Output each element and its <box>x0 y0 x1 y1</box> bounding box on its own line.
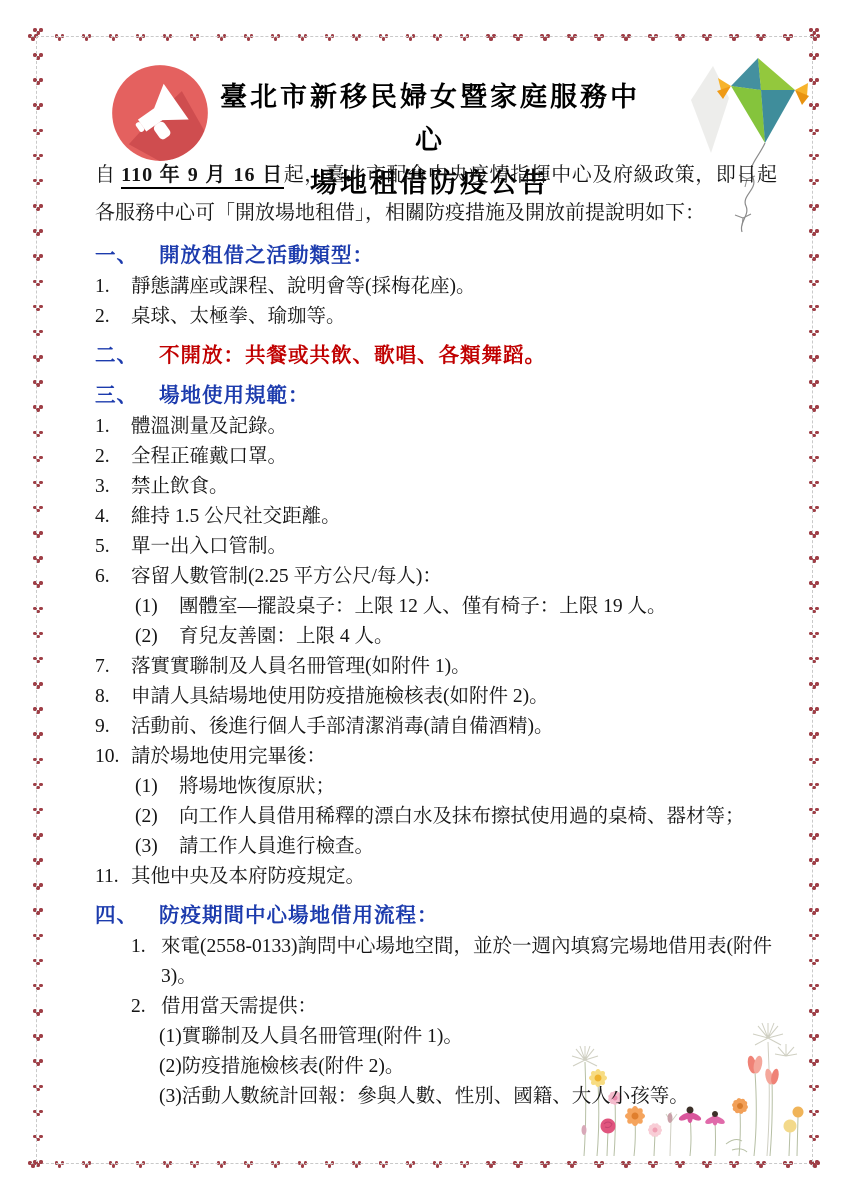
trefoil-glyph <box>463 37 467 41</box>
trefoil-glyph <box>812 358 816 362</box>
trefoil-glyph <box>812 333 816 337</box>
item-number: 1. <box>131 932 161 992</box>
trefoil-glyph <box>36 1163 40 1167</box>
trefoil-glyph <box>193 37 197 41</box>
trefoil-glyph <box>812 1088 816 1092</box>
trefoil-glyph <box>247 37 251 41</box>
trefoil-glyph <box>812 987 816 991</box>
trefoil-glyph <box>36 308 40 312</box>
list-item: 1.靜態講座或課程、說明會等(採梅花座)。 <box>95 272 777 302</box>
trefoil-glyph <box>436 1164 440 1168</box>
item-number: (3) <box>159 1082 182 1112</box>
trefoil-glyph <box>36 811 40 815</box>
item-number: (2) <box>135 622 179 652</box>
trefoil-glyph <box>624 1164 628 1168</box>
trefoil-glyph <box>36 484 40 488</box>
trefoil-glyph <box>678 37 682 41</box>
item-number: 2. <box>95 302 131 332</box>
section: 一、開放租借之活動類型：1.靜態講座或課程、說明會等(採梅花座)。2.桌球、太極… <box>95 240 777 332</box>
trefoil-glyph <box>812 1138 816 1142</box>
trefoil-glyph <box>624 37 628 41</box>
trefoil-glyph <box>812 635 816 639</box>
trefoil-glyph <box>301 37 305 41</box>
trefoil-glyph <box>36 1113 40 1117</box>
trefoil-glyph <box>812 31 816 35</box>
trefoil-glyph <box>36 786 40 790</box>
trefoil-glyph <box>812 660 816 664</box>
trefoil-glyph <box>812 1163 816 1167</box>
trefoil-glyph <box>36 1012 40 1016</box>
section: 二、不開放：共餐或共飲、歌唱、各類舞蹈。 <box>95 340 777 372</box>
item-text: 借用當天需提供： <box>161 992 777 1022</box>
trefoil-glyph <box>36 610 40 614</box>
list-item: 11.其他中央及本府防疫規定。 <box>95 862 777 892</box>
list-item: (2)防疫措施檢核表(附件 2)。 <box>95 1052 777 1082</box>
section-title: 場地使用規範： <box>159 385 310 407</box>
document-body: 自 110 年 9 月 16 日起，臺北市配合中央疫情指揮中心及府級政策，即日起… <box>95 156 777 1112</box>
trefoil-glyph <box>36 358 40 362</box>
trefoil-glyph <box>36 886 40 890</box>
trefoil-glyph <box>651 37 655 41</box>
trefoil-glyph <box>812 962 816 966</box>
trefoil-glyph <box>409 37 413 41</box>
trefoil-glyph <box>36 836 40 840</box>
effective-date: 110 年 9 月 16 日 <box>121 164 284 189</box>
list-item: (1)團體室—擺設桌子：上限 12 人、僅有椅子：上限 19 人。 <box>95 592 777 622</box>
trefoil-glyph <box>112 37 116 41</box>
item-number: 5. <box>95 532 131 562</box>
item-number: (1) <box>135 772 179 802</box>
item-text: 其他中央及本府防疫規定。 <box>131 862 777 892</box>
trefoil-glyph <box>85 1164 89 1168</box>
trefoil-glyph <box>812 408 816 412</box>
trefoil-glyph <box>36 962 40 966</box>
trefoil-glyph <box>812 710 816 714</box>
trefoil-glyph <box>36 685 40 689</box>
trefoil-glyph <box>36 257 40 261</box>
list-item: 2.全程正確戴口罩。 <box>95 442 777 472</box>
item-text: 靜態講座或課程、說明會等(採梅花座)。 <box>131 272 777 302</box>
item-number: 2. <box>95 442 131 472</box>
trefoil-glyph <box>58 37 62 41</box>
list-item: 7.落實實聯制及人員名冊管理(如附件 1)。 <box>95 652 777 682</box>
item-text: 將場地恢復原狀； <box>179 772 777 802</box>
section-heading: 四、防疫期間中心場地借用流程： <box>95 900 777 932</box>
trefoil-glyph <box>112 1164 116 1168</box>
trefoil-glyph <box>274 1164 278 1168</box>
sections-container: 一、開放租借之活動類型：1.靜態講座或課程、說明會等(採梅花座)。2.桌球、太極… <box>95 240 777 1112</box>
section-title: 不開放：共餐或共飲、歌唱、各類舞蹈。 <box>159 345 546 367</box>
trefoil-glyph <box>36 534 40 538</box>
trefoil-glyph <box>436 37 440 41</box>
trefoil-border-left <box>31 31 41 1167</box>
trefoil-glyph <box>382 37 386 41</box>
trefoil-glyph <box>812 132 816 136</box>
trefoil-glyph <box>36 157 40 161</box>
trefoil-glyph <box>36 635 40 639</box>
item-text: 團體室—擺設桌子：上限 12 人、僅有椅子：上限 19 人。 <box>179 592 777 622</box>
trefoil-glyph <box>812 207 816 211</box>
trefoil-glyph <box>812 610 816 614</box>
trefoil-glyph <box>812 786 816 790</box>
trefoil-glyph <box>36 911 40 915</box>
trefoil-glyph <box>678 1164 682 1168</box>
trefoil-glyph <box>166 37 170 41</box>
item-number: 2. <box>131 992 161 1022</box>
trefoil-glyph <box>36 937 40 941</box>
item-text: 申請人具結場地使用防疫措施檢核表(如附件 2)。 <box>131 682 777 712</box>
item-number: (2) <box>159 1052 182 1082</box>
trefoil-glyph <box>489 37 493 41</box>
item-text: 容留人數管制(2.25 平方公尺/每人)： <box>131 562 777 592</box>
list-item: 2.借用當天需提供： <box>95 992 777 1022</box>
trefoil-glyph <box>543 1164 547 1168</box>
list-item: (3)活動人數統計回報：參與人數、性別、國籍、大人小孩等。 <box>95 1082 777 1112</box>
trefoil-glyph <box>36 232 40 236</box>
trefoil-glyph <box>597 1164 601 1168</box>
trefoil-glyph <box>516 1164 520 1168</box>
trefoil-glyph <box>382 1164 386 1168</box>
list-item: 4.維持 1.5 公尺社交距離。 <box>95 502 777 532</box>
trefoil-glyph <box>786 1164 790 1168</box>
trefoil-glyph <box>812 56 816 60</box>
trefoil-border-right <box>807 31 817 1167</box>
trefoil-glyph <box>36 559 40 563</box>
trefoil-glyph <box>812 836 816 840</box>
section-marker: 三、 <box>95 380 159 412</box>
list-item: 1.來電(2558-0133)詢問中心場地空間，並於一週內填寫完場地借用表(附件… <box>95 932 777 992</box>
trefoil-glyph <box>759 37 763 41</box>
list-item: 3.禁止飲食。 <box>95 472 777 502</box>
trefoil-glyph <box>812 383 816 387</box>
section-marker: 四、 <box>95 900 159 932</box>
trefoil-glyph <box>36 987 40 991</box>
item-text: 請於場地使用完畢後： <box>131 742 777 772</box>
trefoil-glyph <box>812 484 816 488</box>
intro-prefix: 自 <box>95 164 121 186</box>
list-item: 5.單一出入口管制。 <box>95 532 777 562</box>
trefoil-glyph <box>651 1164 655 1168</box>
megaphone-icon <box>108 61 212 165</box>
trefoil-glyph <box>36 182 40 186</box>
trefoil-glyph <box>220 37 224 41</box>
section: 四、防疫期間中心場地借用流程：1.來電(2558-0133)詢問中心場地空間，並… <box>95 900 777 1112</box>
trefoil-glyph <box>812 434 816 438</box>
trefoil-glyph <box>36 333 40 337</box>
trefoil-glyph <box>36 735 40 739</box>
trefoil-glyph <box>812 157 816 161</box>
trefoil-glyph <box>301 1164 305 1168</box>
trefoil-glyph <box>812 685 816 689</box>
trefoil-glyph <box>705 1164 709 1168</box>
trefoil-glyph <box>812 911 816 915</box>
section: 三、場地使用規範：1.體溫測量及記錄。2.全程正確戴口罩。3.禁止飲食。4.維持… <box>95 380 777 892</box>
trefoil-glyph <box>759 1164 763 1168</box>
item-number: 9. <box>95 712 131 742</box>
trefoil-glyph <box>355 37 359 41</box>
trefoil-glyph <box>36 761 40 765</box>
trefoil-glyph <box>36 1062 40 1066</box>
item-text: 單一出入口管制。 <box>131 532 777 562</box>
list-item: 8.申請人具結場地使用防疫措施檢核表(如附件 2)。 <box>95 682 777 712</box>
trefoil-glyph <box>812 761 816 765</box>
trefoil-glyph <box>36 408 40 412</box>
section-title: 開放租借之活動類型： <box>159 245 374 267</box>
item-number: 7. <box>95 652 131 682</box>
list-item: (2)向工作人員借用稀釋的漂白水及抹布擦拭使用過的桌椅、器材等； <box>95 802 777 832</box>
trefoil-glyph <box>36 434 40 438</box>
item-text: 請工作人員進行檢查。 <box>179 832 777 862</box>
trefoil-glyph <box>36 1037 40 1041</box>
list-item: (1)實聯制及人員名冊管理(附件 1)。 <box>95 1022 777 1052</box>
kite-shadow-decoration <box>691 66 729 153</box>
item-number: 4. <box>95 502 131 532</box>
trefoil-glyph <box>812 534 816 538</box>
trefoil-border-top <box>31 31 817 41</box>
list-item: (2)育兒友善園：上限 4 人。 <box>95 622 777 652</box>
trefoil-glyph <box>812 735 816 739</box>
item-text: 防疫措施檢核表(附件 2)。 <box>182 1052 777 1082</box>
trefoil-glyph <box>812 937 816 941</box>
trefoil-glyph <box>812 182 816 186</box>
trefoil-glyph <box>570 37 574 41</box>
trefoil-glyph <box>36 81 40 85</box>
trefoil-glyph <box>732 37 736 41</box>
item-number: 10. <box>95 742 131 772</box>
trefoil-glyph <box>166 1164 170 1168</box>
trefoil-border-bottom <box>31 1158 817 1168</box>
list-item: 2.桌球、太極拳、瑜珈等。 <box>95 302 777 332</box>
trefoil-glyph <box>36 459 40 463</box>
trefoil-glyph <box>812 559 816 563</box>
item-text: 維持 1.5 公尺社交距離。 <box>131 502 777 532</box>
trefoil-glyph <box>36 660 40 664</box>
section-heading: 二、不開放：共餐或共飲、歌唱、各類舞蹈。 <box>95 340 777 372</box>
trefoil-glyph <box>36 710 40 714</box>
item-text: 向工作人員借用稀釋的漂白水及抹布擦拭使用過的桌椅、器材等； <box>179 802 777 832</box>
trefoil-glyph <box>812 1012 816 1016</box>
trefoil-glyph <box>36 283 40 287</box>
trefoil-glyph <box>463 1164 467 1168</box>
trefoil-glyph <box>786 37 790 41</box>
trefoil-glyph <box>139 1164 143 1168</box>
trefoil-glyph <box>409 1164 413 1168</box>
trefoil-glyph <box>85 37 89 41</box>
trefoil-glyph <box>732 1164 736 1168</box>
section-marker: 二、 <box>95 340 159 372</box>
trefoil-glyph <box>36 861 40 865</box>
trefoil-glyph <box>812 509 816 513</box>
item-number: (2) <box>135 802 179 832</box>
list-item: 1.體溫測量及記錄。 <box>95 412 777 442</box>
item-text: 體溫測量及記錄。 <box>131 412 777 442</box>
trefoil-glyph <box>812 861 816 865</box>
section-heading: 三、場地使用規範： <box>95 380 777 412</box>
trefoil-glyph <box>247 1164 251 1168</box>
list-item: 10.請於場地使用完畢後： <box>95 742 777 772</box>
trefoil-glyph <box>139 37 143 41</box>
trefoil-glyph <box>36 1088 40 1092</box>
item-number: 1. <box>95 272 131 302</box>
trefoil-glyph <box>489 1164 493 1168</box>
trefoil-glyph <box>812 232 816 236</box>
trefoil-glyph <box>193 1164 197 1168</box>
trefoil-glyph <box>812 308 816 312</box>
item-number: (1) <box>135 592 179 622</box>
list-item: (3)請工作人員進行檢查。 <box>95 832 777 862</box>
section-title: 防疫期間中心場地借用流程： <box>159 905 439 927</box>
trefoil-glyph <box>812 81 816 85</box>
trefoil-glyph <box>812 1113 816 1117</box>
trefoil-glyph <box>812 459 816 463</box>
item-text: 實聯制及人員名冊管理(附件 1)。 <box>182 1022 777 1052</box>
item-text: 桌球、太極拳、瑜珈等。 <box>131 302 777 332</box>
item-text: 禁止飲食。 <box>131 472 777 502</box>
trefoil-glyph <box>543 37 547 41</box>
list-item: (1)將場地恢復原狀； <box>95 772 777 802</box>
trefoil-glyph <box>812 257 816 261</box>
trefoil-glyph <box>36 383 40 387</box>
item-text: 落實實聯制及人員名冊管理(如附件 1)。 <box>131 652 777 682</box>
trefoil-glyph <box>36 106 40 110</box>
trefoil-glyph <box>36 132 40 136</box>
trefoil-glyph <box>220 1164 224 1168</box>
trefoil-glyph <box>812 886 816 890</box>
trefoil-glyph <box>36 1138 40 1142</box>
trefoil-glyph <box>355 1164 359 1168</box>
trefoil-glyph <box>58 1164 62 1168</box>
trefoil-glyph <box>328 1164 332 1168</box>
trefoil-glyph <box>274 37 278 41</box>
item-number: (1) <box>159 1022 182 1052</box>
trefoil-glyph <box>812 584 816 588</box>
trefoil-glyph <box>812 106 816 110</box>
trefoil-glyph <box>516 37 520 41</box>
item-number: (3) <box>135 832 179 862</box>
trefoil-glyph <box>36 509 40 513</box>
trefoil-glyph <box>328 37 332 41</box>
trefoil-glyph <box>570 1164 574 1168</box>
item-number: 6. <box>95 562 131 592</box>
section-heading: 一、開放租借之活動類型： <box>95 240 777 272</box>
item-text: 來電(2558-0133)詢問中心場地空間，並於一週內填寫完場地借用表(附件 3… <box>161 932 777 992</box>
item-text: 育兒友善園：上限 4 人。 <box>179 622 777 652</box>
trefoil-glyph <box>812 811 816 815</box>
trefoil-glyph <box>597 37 601 41</box>
document-page: 臺北市新移民婦女暨家庭服務中心 場地租借防疫公告 自 110 年 9 月 16 … <box>0 0 849 1200</box>
item-number: 11. <box>95 862 131 892</box>
intro-paragraph: 自 110 年 9 月 16 日起，臺北市配合中央疫情指揮中心及府級政策，即日起… <box>95 156 777 232</box>
item-text: 全程正確戴口罩。 <box>131 442 777 472</box>
item-text: 活動前、後進行個人手部清潔消毒(請自備酒精)。 <box>131 712 777 742</box>
trefoil-glyph <box>36 31 40 35</box>
trefoil-glyph <box>812 1062 816 1066</box>
list-item: 9.活動前、後進行個人手部清潔消毒(請自備酒精)。 <box>95 712 777 742</box>
item-number: 1. <box>95 412 131 442</box>
section-marker: 一、 <box>95 240 159 272</box>
list-item: 6.容留人數管制(2.25 平方公尺/每人)： <box>95 562 777 592</box>
trefoil-glyph <box>705 37 709 41</box>
item-number: 3. <box>95 472 131 502</box>
item-number: 8. <box>95 682 131 712</box>
page-title-line1: 臺北市新移民婦女暨家庭服務中心 <box>220 76 640 162</box>
trefoil-glyph <box>36 584 40 588</box>
trefoil-glyph <box>36 207 40 211</box>
trefoil-glyph <box>36 56 40 60</box>
trefoil-glyph <box>812 283 816 287</box>
trefoil-glyph <box>812 1037 816 1041</box>
item-text: 活動人數統計回報：參與人數、性別、國籍、大人小孩等。 <box>182 1082 777 1112</box>
